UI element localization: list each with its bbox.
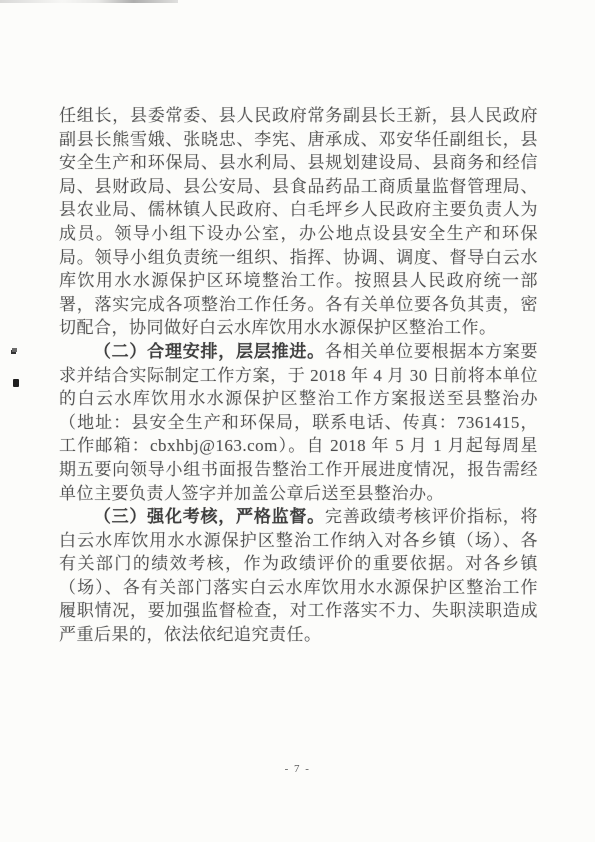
- paragraph-section-3: （三）强化考核，严格监督。完善政绩考核评价指标，将白云水库饮用水水源保护区整治工…: [59, 505, 538, 647]
- section-heading-3: （三）强化考核，严格监督。: [94, 507, 325, 526]
- paragraph-text: 各相关单位要根据本方案要求并结合实际制定工作方案，于 2018 年 4 月 30…: [59, 342, 538, 503]
- page-number: - 7 -: [0, 763, 595, 775]
- paragraph-text: 完善政绩考核评价指标，将白云水库饮用水水源保护区整治工作纳入对各乡镇（场）、各有…: [59, 507, 538, 644]
- scan-artifact-top-streak: [0, 0, 178, 3]
- paragraph-continuation: 任组长，县委常委、县人民政府常务副县长王新，县人民政府副县长熊雪娥、张晓忠、李宪…: [59, 104, 538, 340]
- paragraph-section-2: （二）合理安排，层层推进。各相关单位要根据本方案要求并结合实际制定工作方案，于 …: [59, 340, 538, 505]
- document-body: 任组长，县委常委、县人民政府常务副县长王新，县人民政府副县长熊雪娥、张晓忠、李宪…: [59, 104, 538, 647]
- document-page: 任组长，县委常委、县人民政府常务副县长王新，县人民政府副县长熊雪娥、张晓忠、李宪…: [0, 0, 595, 842]
- section-heading-2: （二）合理安排，层层推进。: [94, 342, 325, 361]
- paragraph-text: 任组长，县委常委、县人民政府常务副县长王新，县人民政府副县长熊雪娥、张晓忠、李宪…: [59, 106, 538, 337]
- margin-speck-bottom: [13, 379, 19, 387]
- margin-speck-top: [12, 348, 17, 352]
